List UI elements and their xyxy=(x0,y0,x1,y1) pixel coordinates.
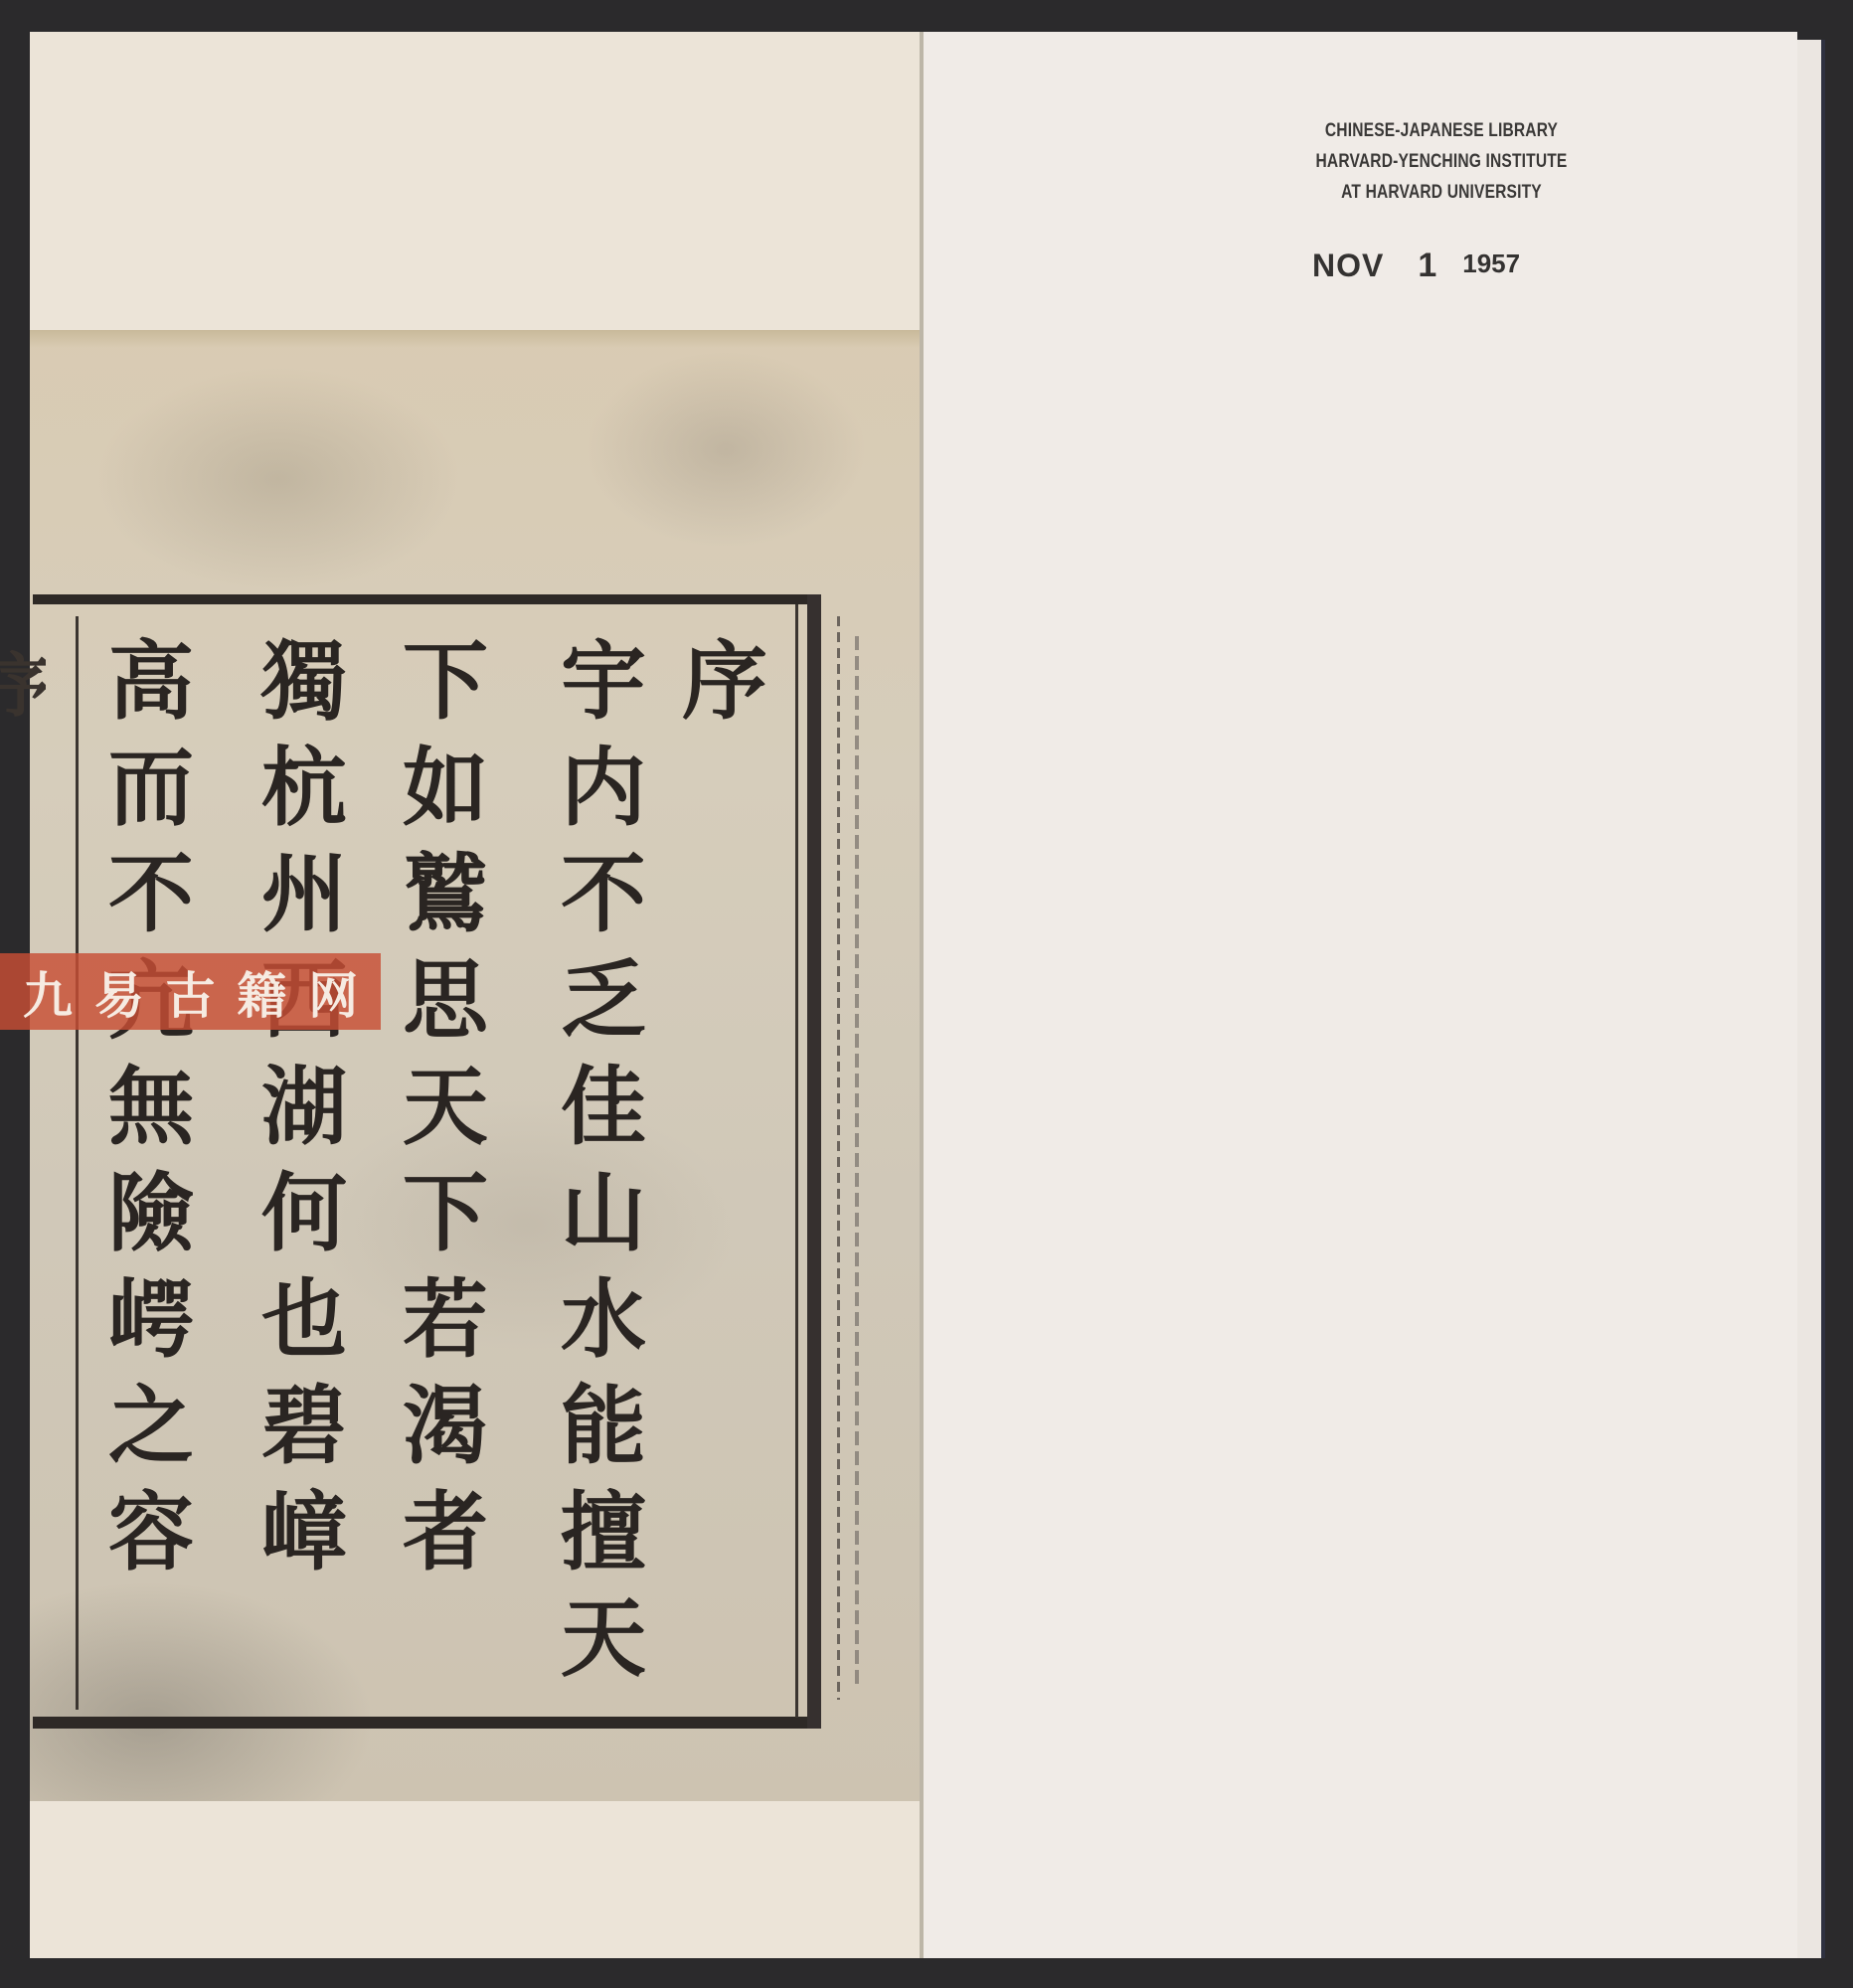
paper-stain xyxy=(30,330,920,348)
calligraphy-char: 若 xyxy=(403,1266,488,1373)
right-page xyxy=(924,32,1797,1958)
stamp-line: CHINESE-JAPANESE LIBRARY xyxy=(1278,115,1604,146)
calligraphy-char: 容 xyxy=(108,1479,194,1585)
calligraphy-char: 下 xyxy=(403,1160,488,1266)
text-column: 宇内不乏佳山水能擅天 xyxy=(554,628,653,1692)
margin-partial-character: 序 xyxy=(0,636,46,743)
stamp-day: 1 xyxy=(1418,247,1436,284)
watermark-char: 古 xyxy=(165,956,215,1028)
watermark-char: 网 xyxy=(308,956,358,1028)
stamp-year: 1957 xyxy=(1462,248,1520,278)
calligraphy-char: 碧 xyxy=(261,1373,347,1479)
calligraphy-char: 崿 xyxy=(108,1266,194,1373)
calligraphy-char: 州 xyxy=(261,841,347,947)
calligraphy-char: 湖 xyxy=(261,1054,347,1160)
calligraphy-char: 乏 xyxy=(561,947,646,1054)
calligraphy-char: 鷲 xyxy=(403,841,488,947)
calligraphy-char: 佳 xyxy=(561,1054,646,1160)
calligraphy-char: 杭 xyxy=(261,735,347,841)
stamp-date: NOV11957 xyxy=(1312,247,1520,285)
calligraphy-char: 水 xyxy=(561,1266,646,1373)
calligraphy-char: 思 xyxy=(403,947,488,1054)
calligraphy-char: 險 xyxy=(108,1160,194,1266)
calligraphy-char: 渴 xyxy=(403,1373,488,1479)
stamp-month: NOV xyxy=(1312,248,1384,283)
calligraphy-char: 之 xyxy=(108,1373,194,1479)
calligraphy-char: 何 xyxy=(261,1160,347,1266)
calligraphy-char: 嶂 xyxy=(261,1479,347,1585)
margin-rule xyxy=(855,636,859,1690)
calligraphy-char: 内 xyxy=(561,735,646,841)
calligraphy-char: 無 xyxy=(108,1054,194,1160)
margin-rule xyxy=(837,616,840,1700)
calligraphy-char: 山 xyxy=(561,1160,646,1266)
calligraphy-char: 高 xyxy=(108,628,194,735)
stamp-line: HARVARD-YENCHING INSTITUTE xyxy=(1278,146,1604,177)
calligraphy-char: 不 xyxy=(108,841,194,947)
calligraphy-char: 不 xyxy=(561,841,646,947)
watermark-char: 易 xyxy=(94,956,144,1028)
text-column: 獨杭州西湖何也碧嶂 xyxy=(254,628,354,1585)
calligraphy-char: 天 xyxy=(403,1054,488,1160)
watermark-char: 籍 xyxy=(237,956,286,1028)
text-column: 下如鷲思天下若渴者 xyxy=(396,628,495,1585)
calligraphy-char: 獨 xyxy=(261,628,347,735)
calligraphy-char: 而 xyxy=(108,735,194,841)
calligraphy-char: 者 xyxy=(403,1479,488,1585)
print-frame-inner-right xyxy=(795,604,798,1718)
margin-char: 序 xyxy=(0,636,46,743)
stamp-line: AT HARVARD UNIVERSITY xyxy=(1278,177,1604,208)
print-frame-bottom xyxy=(33,1717,821,1729)
print-frame-top xyxy=(33,594,821,604)
calligraphy-char: 下 xyxy=(403,628,488,735)
column-divider-line xyxy=(76,616,79,1710)
text-column: 高而不亢無險崿之容 xyxy=(101,628,201,1585)
text-column-title: 序 xyxy=(675,628,774,735)
calligraphy-char: 天 xyxy=(561,1585,646,1692)
calligraphy-char: 能 xyxy=(561,1373,646,1479)
calligraphy-char: 如 xyxy=(403,735,488,841)
calligraphy-char: 擅 xyxy=(561,1479,646,1585)
calligraphy-char: 也 xyxy=(261,1266,347,1373)
calligraphy-char: 序 xyxy=(682,628,767,735)
print-frame-right xyxy=(807,594,821,1729)
watermark-char: 九 xyxy=(23,956,73,1028)
watermark-banner: 九 易 古 籍 网 xyxy=(0,953,381,1030)
calligraphy-char: 宇 xyxy=(561,628,646,735)
library-stamp: CHINESE-JAPANESE LIBRARY HARVARD-YENCHIN… xyxy=(1243,115,1640,208)
